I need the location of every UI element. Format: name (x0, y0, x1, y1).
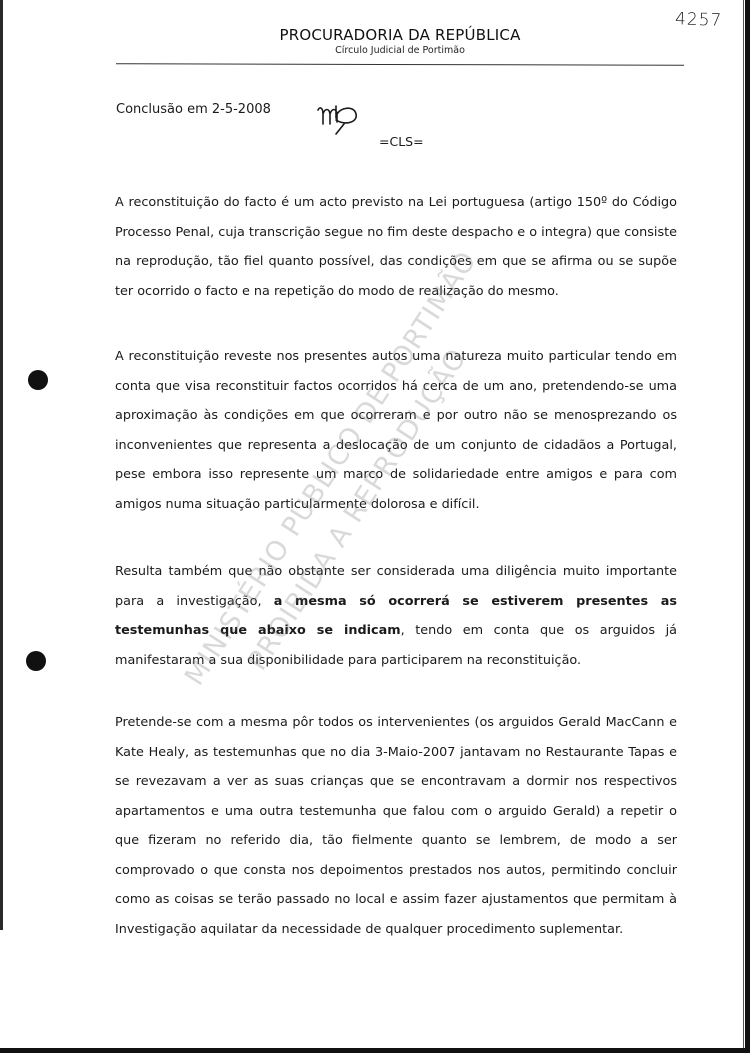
header-subtitle: Círculo Judicial de Portimão (0, 45, 750, 57)
punch-hole-bottom (26, 651, 46, 671)
header-title: PROCURADORIA DA REPÚBLICA (0, 26, 750, 44)
paragraph-1: A reconstituição do facto é um acto prev… (115, 188, 677, 306)
punch-hole-top (28, 370, 48, 390)
paragraph-4: Pretende-se com a mesma pôr todos os int… (115, 708, 677, 944)
scan-edge-right (745, 0, 750, 1053)
document-header: PROCURADORIA DA REPÚBLICA Círculo Judici… (0, 26, 750, 57)
header-rule (116, 63, 684, 65)
signature-icon (314, 100, 374, 140)
cls-marker: =CLS= (379, 134, 424, 149)
scan-edge-right-line (743, 0, 744, 1048)
scan-edge-left (0, 0, 3, 930)
conclusion-date: Conclusão em 2-5-2008 (116, 102, 271, 117)
scan-edge-bottom (0, 1048, 750, 1053)
